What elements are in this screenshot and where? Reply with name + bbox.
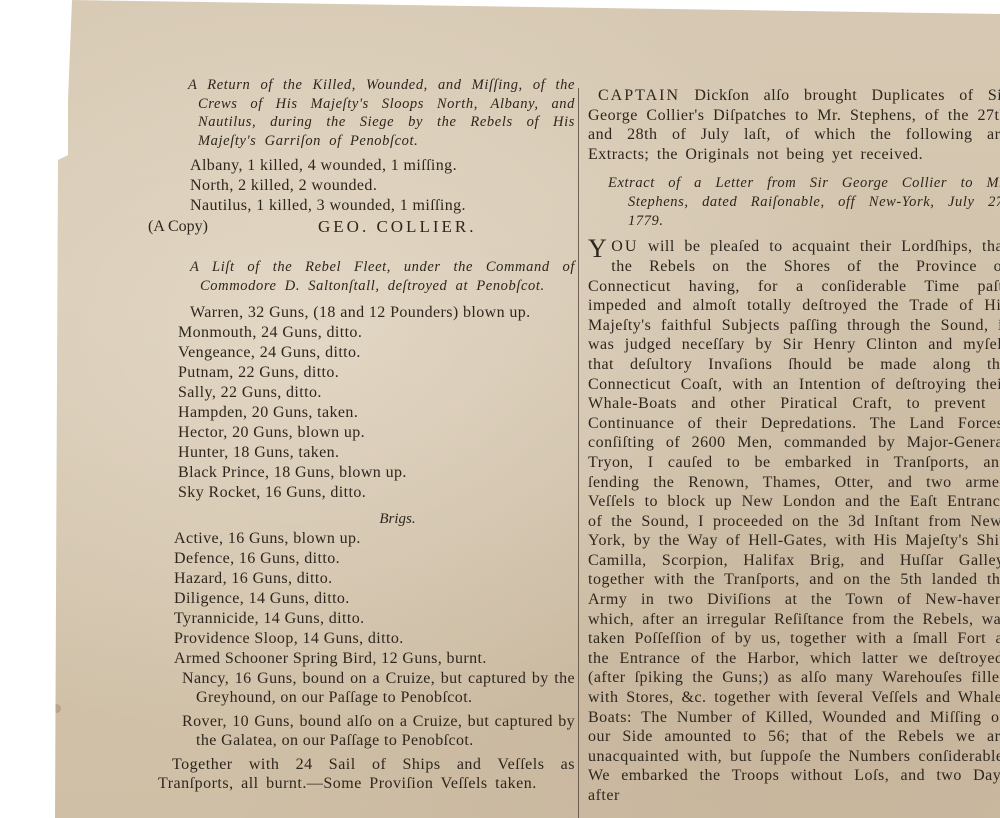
copy-label: (A Copy) [148,216,208,238]
brig-entry: Providence Sloop, 14 Guns, ditto. [174,629,575,649]
signature: GEO. COLLIER. [318,216,476,238]
return-heading: A Return of the Killed, Wounded, and Miſ… [160,76,575,150]
newspaper-page: A Return of the Killed, Wounded, and Miſ… [0,0,1000,818]
ship-entry: Hector, 20 Guns, blown up. [178,423,575,443]
left-column: A Return of the Killed, Wounded, and Miſ… [160,76,575,794]
ship-entry: Warren, 32 Guns, (18 and 12 Pounders) bl… [178,303,575,323]
brig-entry: Active, 16 Guns, blown up. [174,529,575,549]
letter-caps: OU [611,238,638,255]
extract-heading: Extract of a Letter from Sir George Coll… [588,174,1000,231]
brigs-heading: Brigs. [220,509,575,529]
brig-list: Active, 16 Guns, blown up. Defence, 16 G… [174,529,575,751]
brig-entry: Rover, 10 Guns, bound alſo on a Cruize, … [174,712,575,751]
casualty-list: Albany, 1 killed, 4 wounded, 1 miſſing. … [190,156,575,216]
ink-stain [52,704,61,713]
ship-entry: Monmouth, 24 Guns, ditto. [178,323,575,343]
ship-entry: Sally, 22 Guns, ditto. [178,383,575,403]
casualty-line: Nautilus, 1 killed, 3 wounded, 1 miſſing… [190,196,575,216]
fleet-heading: A Liſt of the Rebel Fleet, under the Com… [162,258,575,295]
ship-entry: Hunter, 18 Guns, taken. [178,443,575,463]
casualty-line: North, 2 killed, 2 wounded. [190,176,575,196]
ink-stain [28,700,36,708]
brig-entry: Tyrannicide, 14 Guns, ditto. [174,609,575,629]
intro-caps: CAPTAIN [598,87,680,104]
intro-paragraph: CAPTAIN Dickſon alſo brought Duplicates … [588,86,1000,164]
ship-entry: Sky Rocket, 16 Guns, ditto. [178,483,575,503]
brig-entry: Nancy, 16 Guns, bound on a Cruize, but c… [174,669,575,708]
ship-entry: Putnam, 22 Guns, ditto. [178,363,575,383]
letter-body: YOU will be pleaſed to acquaint their Lo… [588,237,1000,805]
column-rule [578,88,579,818]
right-column: CAPTAIN Dickſon alſo brought Duplicates … [588,86,1000,806]
letter-text: will be pleaſed to acquaint their Lordſh… [588,238,1000,804]
brig-entry: Defence, 16 Guns, ditto. [174,549,575,569]
brig-entry: Armed Schooner Spring Bird, 12 Guns, bur… [174,649,575,669]
brig-entry: Diligence, 14 Guns, ditto. [174,589,575,609]
ship-entry: Vengeance, 24 Guns, ditto. [178,343,575,363]
drop-cap: Y [588,237,607,261]
brig-entry: Hazard, 16 Guns, ditto. [174,569,575,589]
ship-list: Warren, 32 Guns, (18 and 12 Pounders) bl… [178,303,575,503]
signoff: (A Copy) GEO. COLLIER. [148,216,575,238]
closing-paragraph: Together with 24 Sail of Ships and Veſſe… [158,755,575,794]
casualty-line: Albany, 1 killed, 4 wounded, 1 miſſing. [190,156,575,176]
ship-entry: Hampden, 20 Guns, taken. [178,403,575,423]
ship-entry: Black Prince, 18 Guns, blown up. [178,463,575,483]
ink-stain [40,680,49,689]
